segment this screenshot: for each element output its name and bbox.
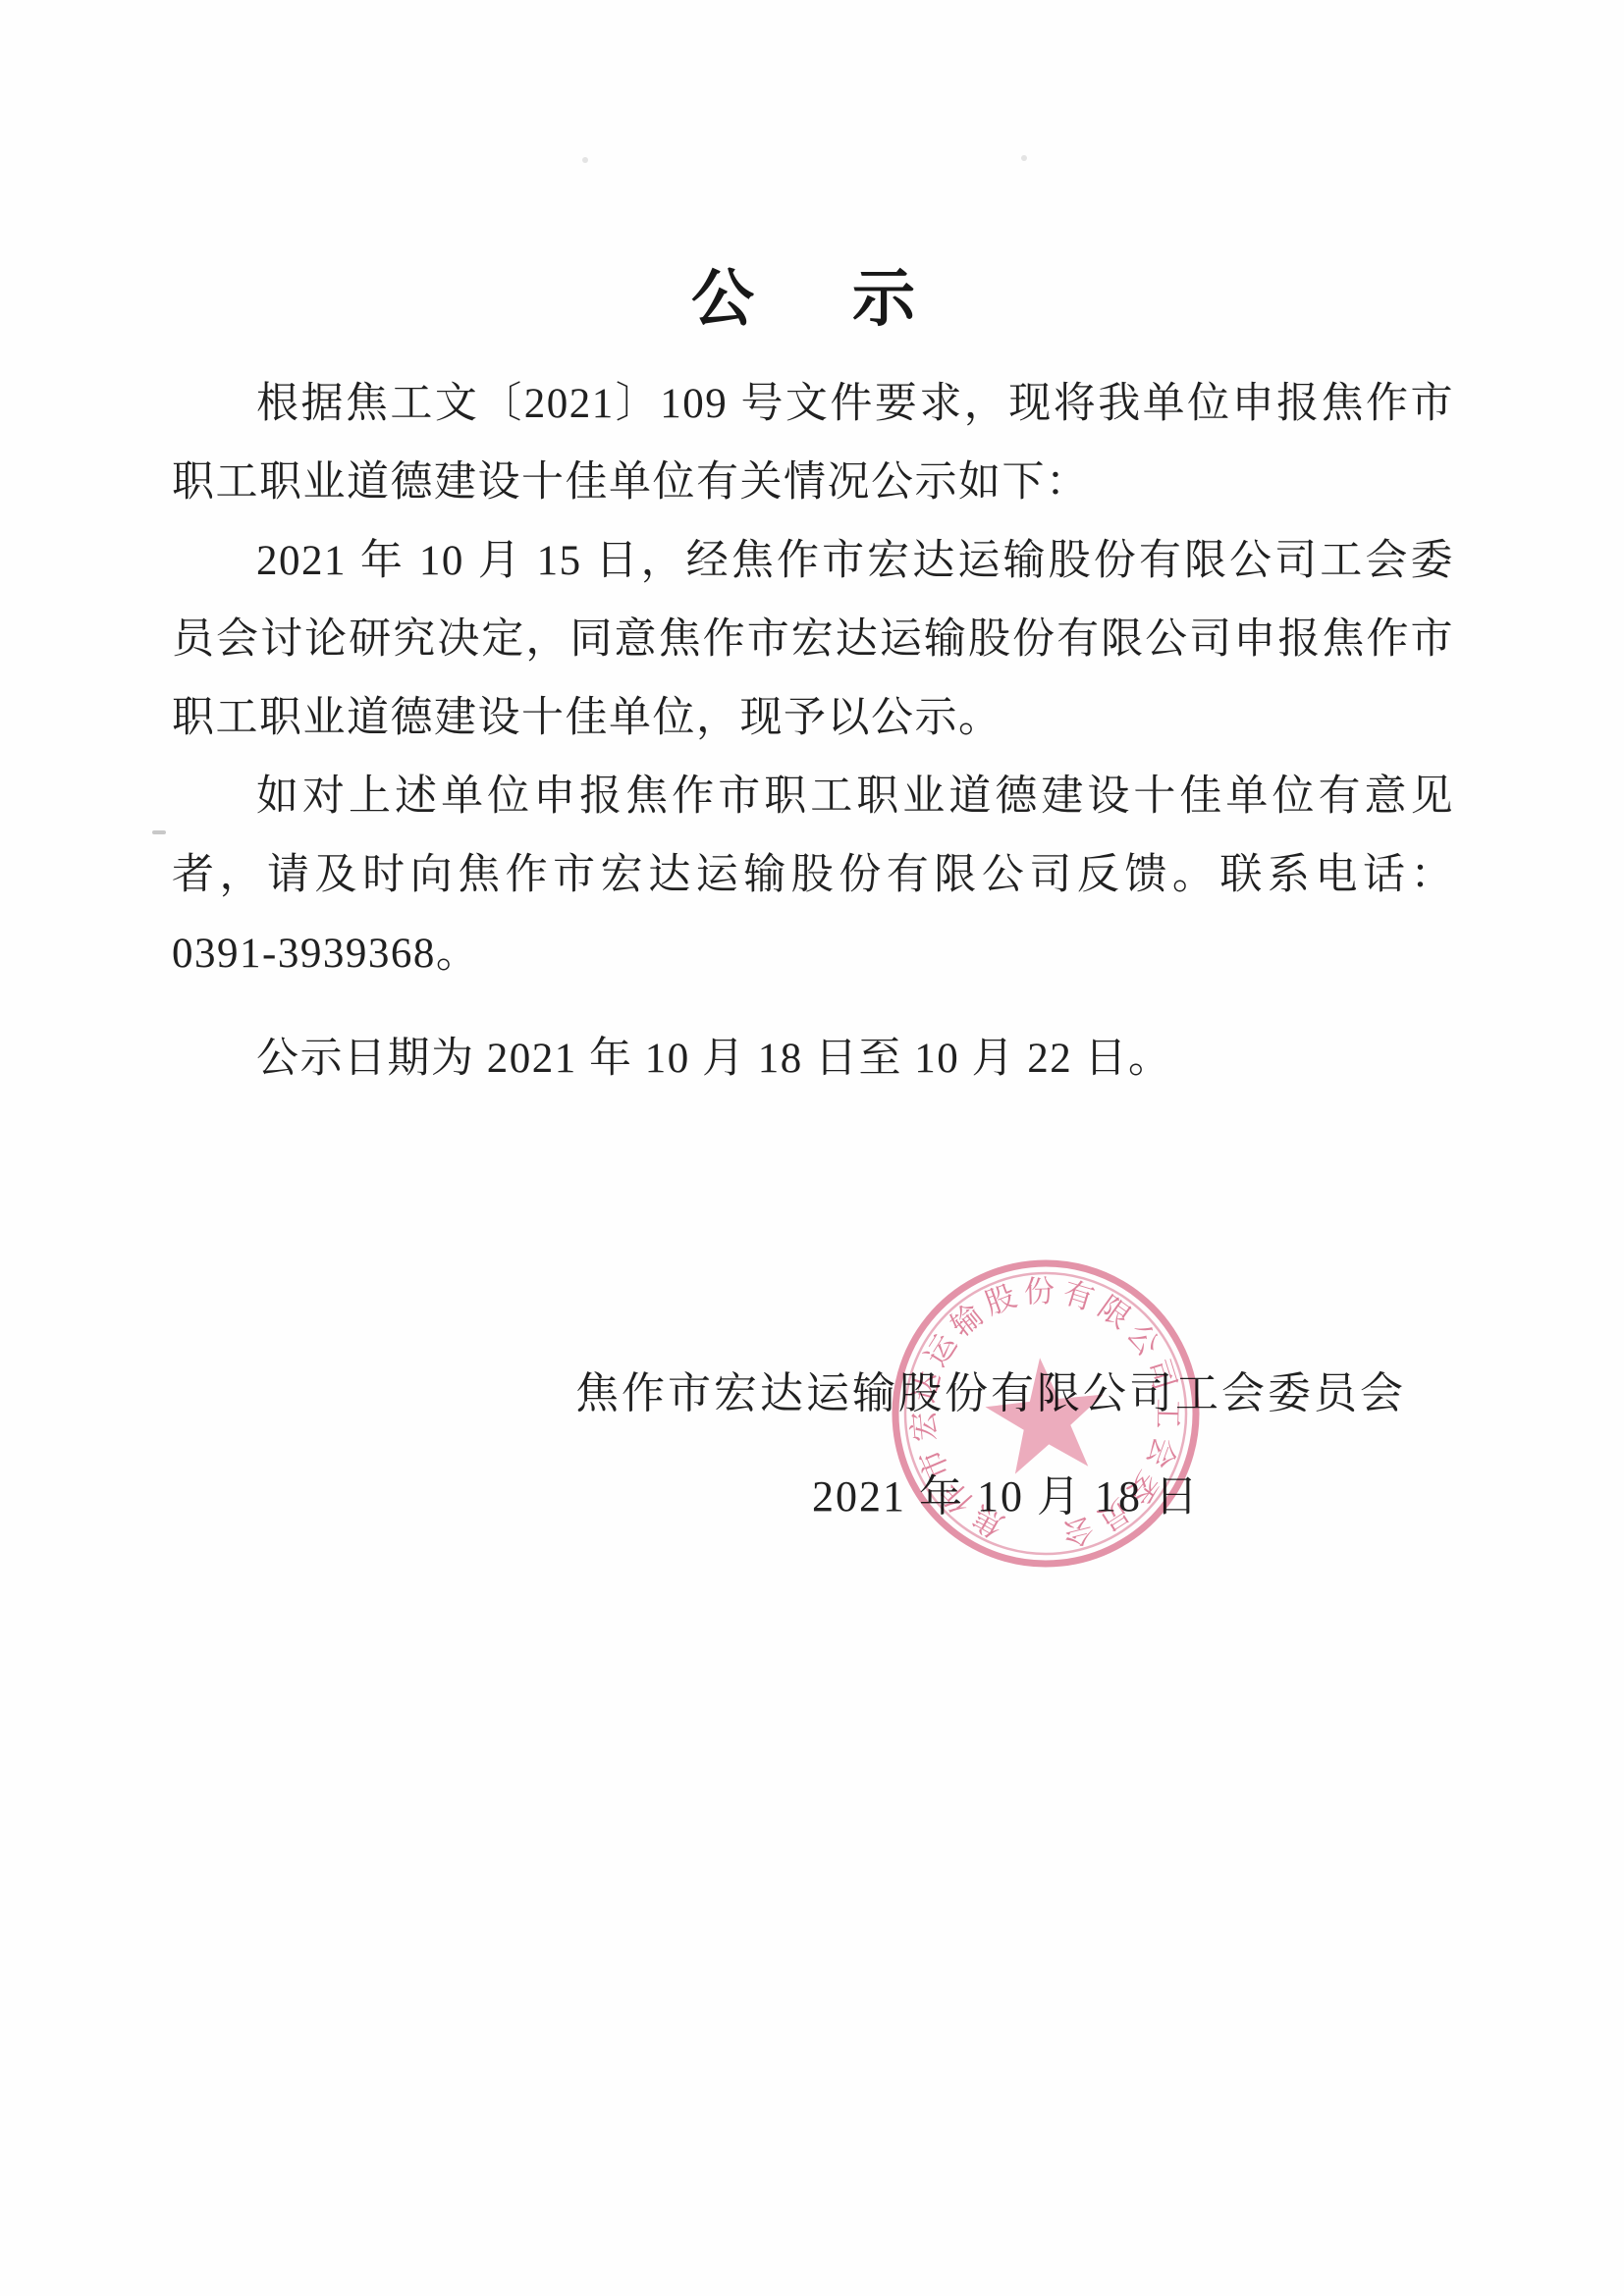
paragraph-intro: 根据焦工文〔2021〕109 号文件要求，现将我单位申报焦作市职工职业道德建设十… xyxy=(172,365,1454,522)
scan-artifact-dash xyxy=(152,830,166,834)
paragraph-feedback: 如对上述单位申报焦作市职工职业道德建设十佳单位有意见者，请及时向焦作市宏达运输股… xyxy=(172,758,1454,993)
document-body: 根据焦工文〔2021〕109 号文件要求，现将我单位申报焦作市职工职业道德建设十… xyxy=(172,365,1454,1098)
document-page: 公 示 根据焦工文〔2021〕109 号文件要求，现将我单位申报焦作市职工职业道… xyxy=(0,0,1624,2296)
paragraph-decision: 2021 年 10 月 15 日，经焦作市宏达运输股份有限公司工会委员会讨论研究… xyxy=(172,522,1454,758)
scan-speck xyxy=(1021,155,1027,161)
document-title: 公 示 xyxy=(0,248,1624,339)
paragraph-notice-period: 公示日期为 2021 年 10 月 18 日至 10 月 22 日。 xyxy=(172,1020,1454,1098)
official-seal-stamp: 焦作市宏达运输股份有限公司工会委员会 xyxy=(871,1239,1220,1588)
stamp-star-icon xyxy=(981,1352,1110,1476)
scan-speck xyxy=(582,157,588,163)
